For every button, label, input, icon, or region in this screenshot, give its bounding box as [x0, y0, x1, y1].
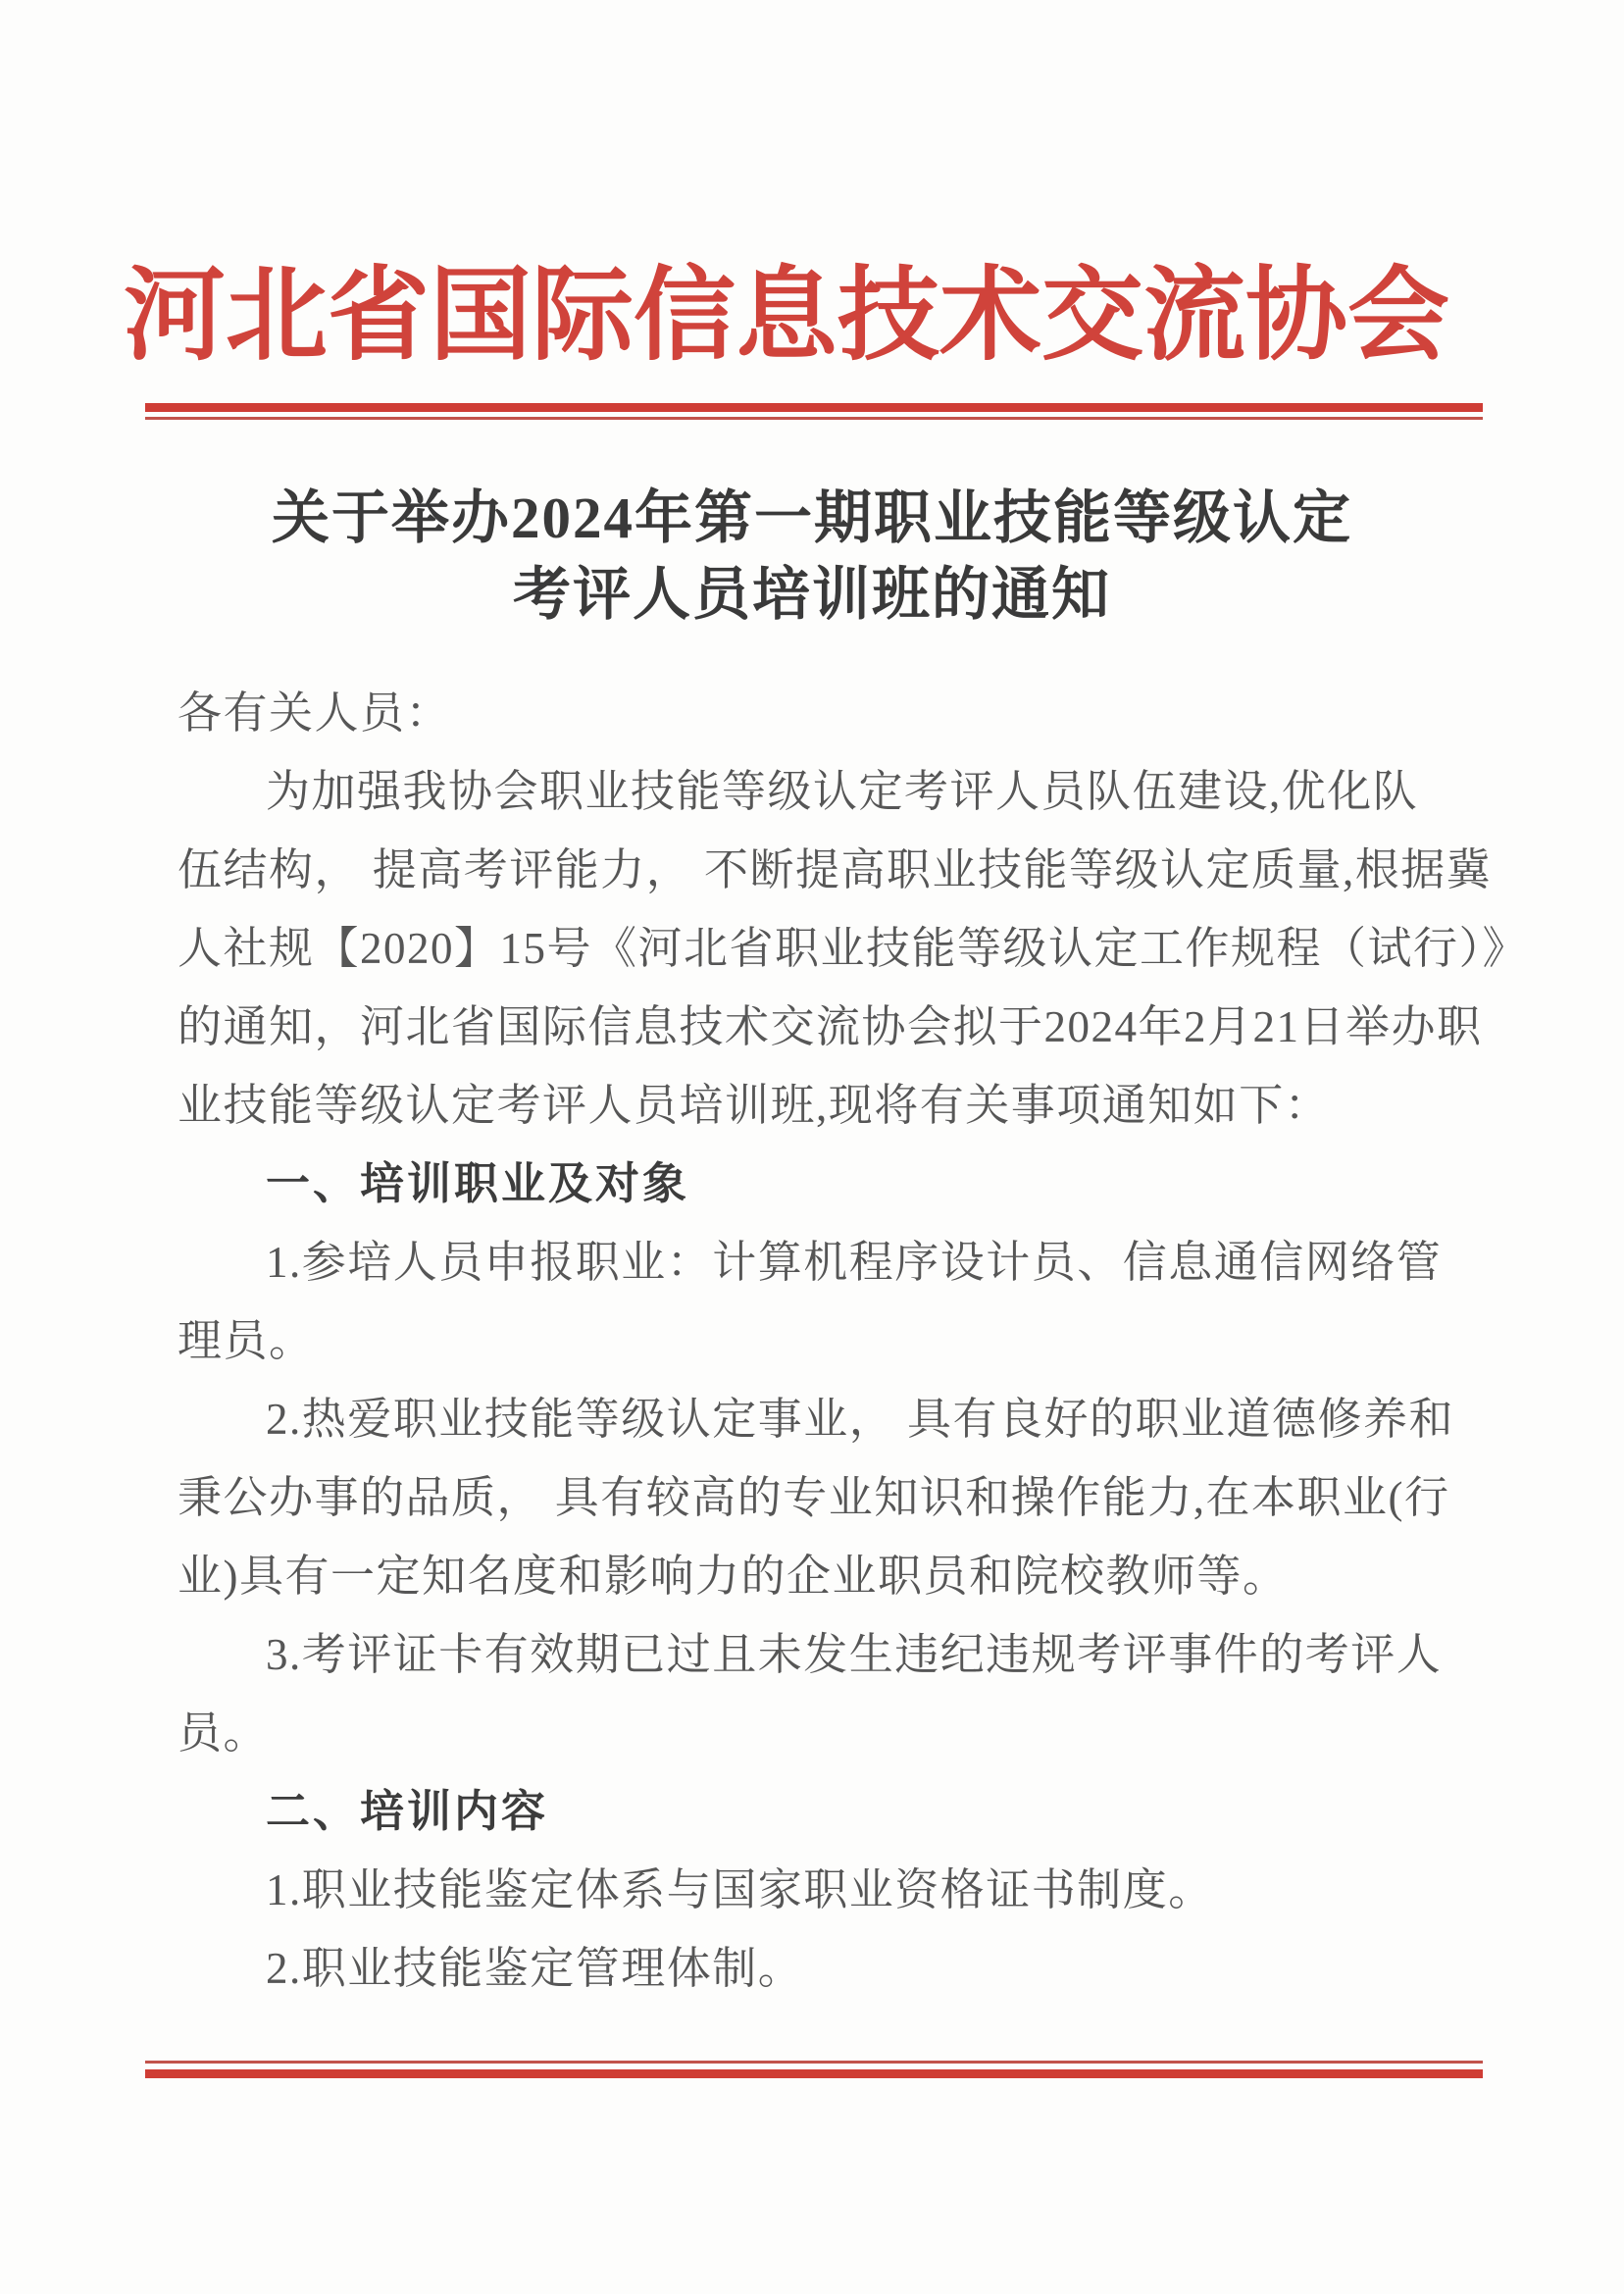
body-line: 1.职业技能鉴定体系与国家职业资格证书制度。 [178, 1851, 1462, 1929]
body-line: 1.参培人员申报职业：计算机程序设计员、信息通信网络管 [178, 1223, 1462, 1301]
footer-separator [145, 2061, 1483, 2078]
notice-body: 各有关人员： 为加强我协会职业技能等级认定考评人员队伍建设,优化队 伍结构， 提… [178, 674, 1462, 2008]
notice-title-line2: 考评人员培训班的通知 [0, 556, 1624, 633]
section-heading-1: 一、培训职业及对象 [178, 1145, 1462, 1223]
body-line: 秉公办事的品质， 具有较高的专业知识和操作能力,在本职业(行 [178, 1458, 1462, 1537]
body-line: 人社规【2020】15号《河北省职业技能等级认定工作规程（试行）》 [178, 909, 1462, 988]
body-line: 业技能等级认定考评人员培训班,现将有关事项通知如下： [178, 1066, 1462, 1145]
letterhead-separator [145, 403, 1483, 420]
scanned-notice-page: 河北省国际信息技术交流协会 关于举办2024年第一期职业技能等级认定 考评人员培… [0, 0, 1624, 2294]
body-line: 2.热爱职业技能等级认定事业， 具有良好的职业道德修养和 [178, 1380, 1462, 1458]
body-line: 业)具有一定知名度和影响力的企业职员和院校教师等。 [178, 1537, 1462, 1615]
notice-title-line1: 关于举办2024年第一期职业技能等级认定 [0, 480, 1624, 556]
letterhead-org-name: 河北省国际信息技术交流协会 [0, 243, 1599, 390]
body-line: 伍结构， 提高考评能力， 不断提高职业技能等级认定质量,根据冀 [178, 831, 1462, 909]
separator-thin-rule [145, 417, 1483, 420]
body-line: 为加强我协会职业技能等级认定考评人员队伍建设,优化队 [178, 752, 1462, 831]
body-line: 理员。 [178, 1301, 1462, 1380]
separator-thick-rule [145, 2069, 1483, 2078]
separator-thick-rule [145, 403, 1483, 412]
notice-title: 关于举办2024年第一期职业技能等级认定 考评人员培训班的通知 [0, 480, 1624, 633]
body-line: 2.职业技能鉴定管理体制。 [178, 1929, 1462, 2008]
body-line: 的通知，河北省国际信息技术交流协会拟于2024年2月21日举办职 [178, 988, 1462, 1066]
salutation-line: 各有关人员： [178, 674, 1462, 752]
body-line: 3.考评证卡有效期已过且未发生违纪违规考评事件的考评人 [178, 1615, 1462, 1694]
section-heading-2: 二、培训内容 [178, 1772, 1462, 1851]
body-line: 员。 [178, 1694, 1462, 1772]
